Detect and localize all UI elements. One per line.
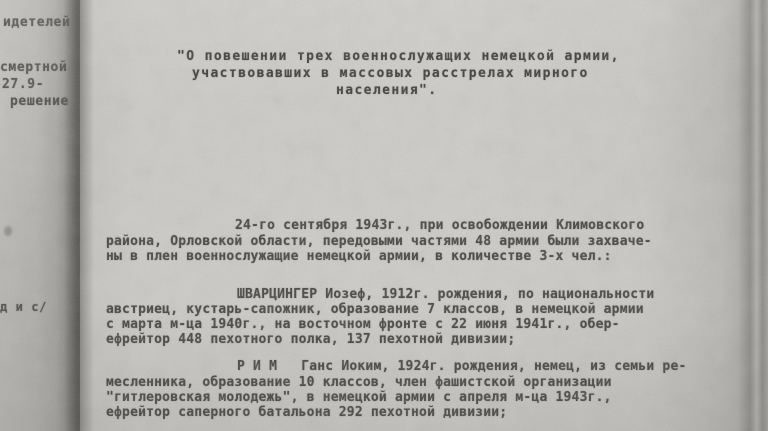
paragraph-intro-line: района, Орловской области, передовыми ча… [106, 234, 652, 249]
scanned-document: идетелей смертной 27.9- решение д и с/ "… [0, 0, 768, 431]
document-title-line: "О повешении трех военнослужащих немецко… [177, 49, 620, 64]
paragraph-prisoner1-line: с марта м-ца 1940г., на восточном фронте… [106, 317, 620, 332]
paragraph-prisoner1-line: ШВАРЦИНГЕР Иозеф, 1912г. рождения, по на… [237, 287, 654, 302]
margin-fragment: 27.9- [2, 77, 44, 92]
document-title-line: участвовавших в массовых расстрелах мирн… [192, 66, 589, 81]
paragraph-prisoner1-line: ефрейтор 448 пехотного полка, 137 пехотн… [106, 332, 515, 347]
paragraph-intro-line: 24-го сентября 1943г., при освобождении … [235, 218, 644, 233]
margin-fragment: идетелей [3, 15, 70, 30]
paragraph-prisoner1-line: австриец, кустарь-сапожник, образование … [106, 302, 644, 317]
margin-fragment: решение [10, 94, 69, 109]
page-fold-shadow [64, 0, 94, 431]
document-title-line: населения". [336, 83, 438, 98]
margin-fragment: д и с/ [0, 300, 47, 314]
margin-fragment: смертной [0, 60, 67, 75]
page-right-edge-shadow [738, 0, 768, 431]
ink-smudge [4, 226, 12, 236]
paragraph-intro-line: ны в плен военнослужащие немецкой армии,… [106, 249, 612, 264]
paragraph-prisoner2-line: Р И М Ганс Иоким, 1924г. рождения, немец… [237, 359, 687, 374]
paragraph-prisoner2-line: "гитлеровская молодежь", в немецкой арми… [106, 390, 612, 405]
paragraph-prisoner2-line: месленника, образование 10 классов, член… [106, 375, 612, 390]
paragraph-prisoner2-line: ефрейтор саперного батальона 292 пехотно… [106, 405, 507, 420]
